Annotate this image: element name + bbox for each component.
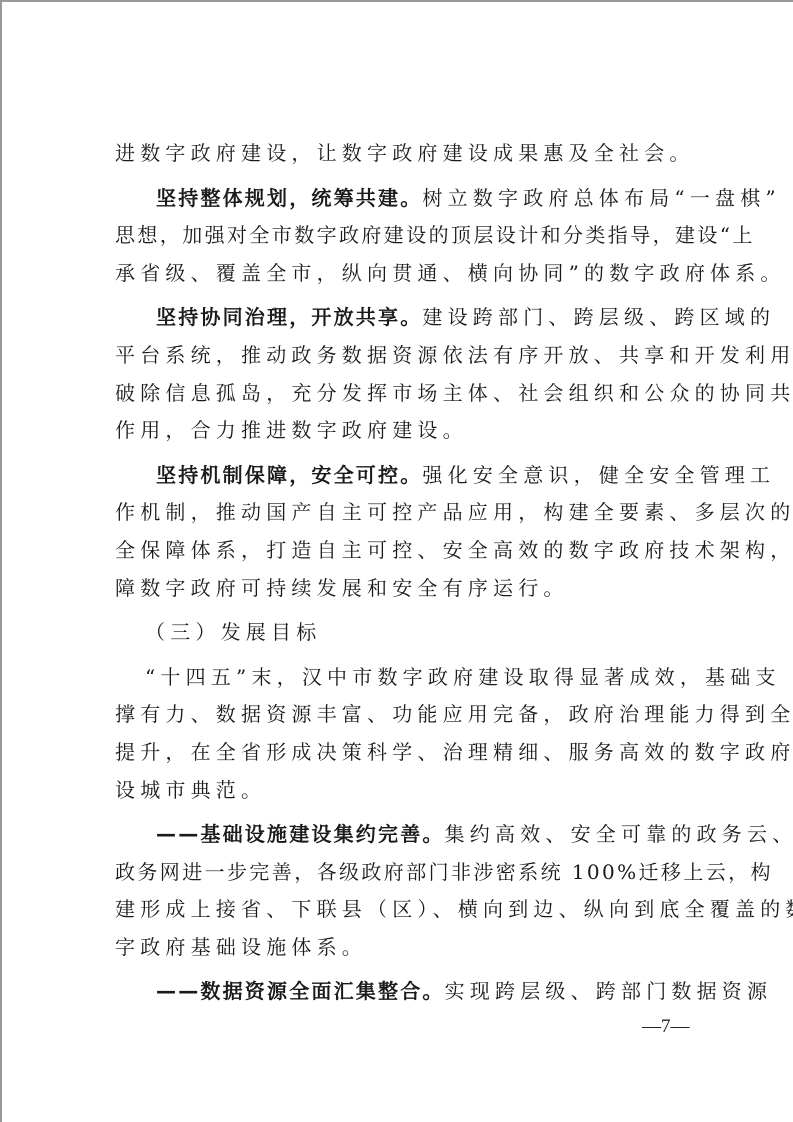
paragraph-heading: 坚持协同治理，开放共享。 <box>156 305 422 329</box>
text-line: 作机制，推动国产自主可控产品应用，构建全要素、多层次的安 <box>115 494 711 532</box>
text-line: 撑有力、数据资源丰富、功能应用完备，政府治理能力得到全面 <box>115 696 711 734</box>
section-heading: （三）发展目标 <box>115 614 711 652</box>
text-line: 政务网进一步完善，各级政府部门非涉密系统 100%迁移上云，构 <box>115 854 711 892</box>
paragraph-first-line: ——基础设施建设集约完善。集约高效、安全可靠的政务云、 <box>115 816 711 854</box>
paragraph-text: 建设跨部门、跨层级、跨区域的 <box>422 305 775 329</box>
paragraph-heading: ——基础设施建设集约完善。 <box>156 822 445 846</box>
text-line: 建形成上接省、下联县（区）、横向到边、纵向到底全覆盖的数 <box>115 891 711 929</box>
text-line: 字政府基础设施体系。 <box>115 929 711 967</box>
text-line: “十四五”末，汉中市数字政府建设取得显著成效，基础支 <box>115 659 711 697</box>
text-line: 作用，合力推进数字政府建设。 <box>115 412 711 450</box>
text-line: 设城市典范。 <box>115 772 711 810</box>
document-body: 进数字政府建设，让数字政府建设成果惠及全社会。 坚持整体规划，统筹共建。树立数字… <box>115 135 711 1011</box>
paragraph-first-line: ——数据资源全面汇集整合。实现跨层级、跨部门数据资源 <box>115 973 711 1011</box>
paragraph-heading: ——数据资源全面汇集整合。 <box>156 979 445 1003</box>
paragraph-heading: 坚持整体规划，统筹共建。 <box>156 186 422 210</box>
text-line: 破除信息孤岛，充分发挥市场主体、社会组织和公众的协同共治 <box>115 375 711 413</box>
page-number: —7— <box>642 1016 690 1038</box>
paragraph-first-line: 坚持机制保障，安全可控。强化安全意识，健全安全管理工 <box>115 457 711 495</box>
text-line: 思想，加强对全市数字政府建设的顶层设计和分类指导，建设“上 <box>115 217 711 255</box>
paragraph-first-line: 坚持整体规划，统筹共建。树立数字政府总体布局“一盘棋” <box>115 180 711 218</box>
paragraph-text: 强化安全意识，健全安全管理工 <box>422 463 775 487</box>
document-page: 进数字政府建设，让数字政府建设成果惠及全社会。 坚持整体规划，统筹共建。树立数字… <box>0 0 793 1122</box>
paragraph-text: 集约高效、安全可靠的政务云、 <box>445 822 793 846</box>
text-line: 障数字政府可持续发展和安全有序运行。 <box>115 570 711 608</box>
paragraph-heading: 坚持机制保障，安全可控。 <box>156 463 422 487</box>
paragraph-text: 实现跨层级、跨部门数据资源 <box>445 979 773 1003</box>
paragraph-first-line: 坚持协同治理，开放共享。建设跨部门、跨层级、跨区域的 <box>115 299 711 337</box>
text-line: 全保障体系，打造自主可控、安全高效的数字政府技术架构，保 <box>115 532 711 570</box>
text-line: 平台系统，推动政务数据资源依法有序开放、共享和开发利用， <box>115 337 711 375</box>
text-line: 承省级、覆盖全市，纵向贯通、横向协同”的数字政府体系。 <box>115 255 711 293</box>
paragraph-text: 树立数字政府总体布局“一盘棋” <box>422 186 780 210</box>
text-line: 提升，在全省形成决策科学、治理精细、服务高效的数字政府建 <box>115 734 711 772</box>
text-line: 进数字政府建设，让数字政府建设成果惠及全社会。 <box>115 135 711 173</box>
